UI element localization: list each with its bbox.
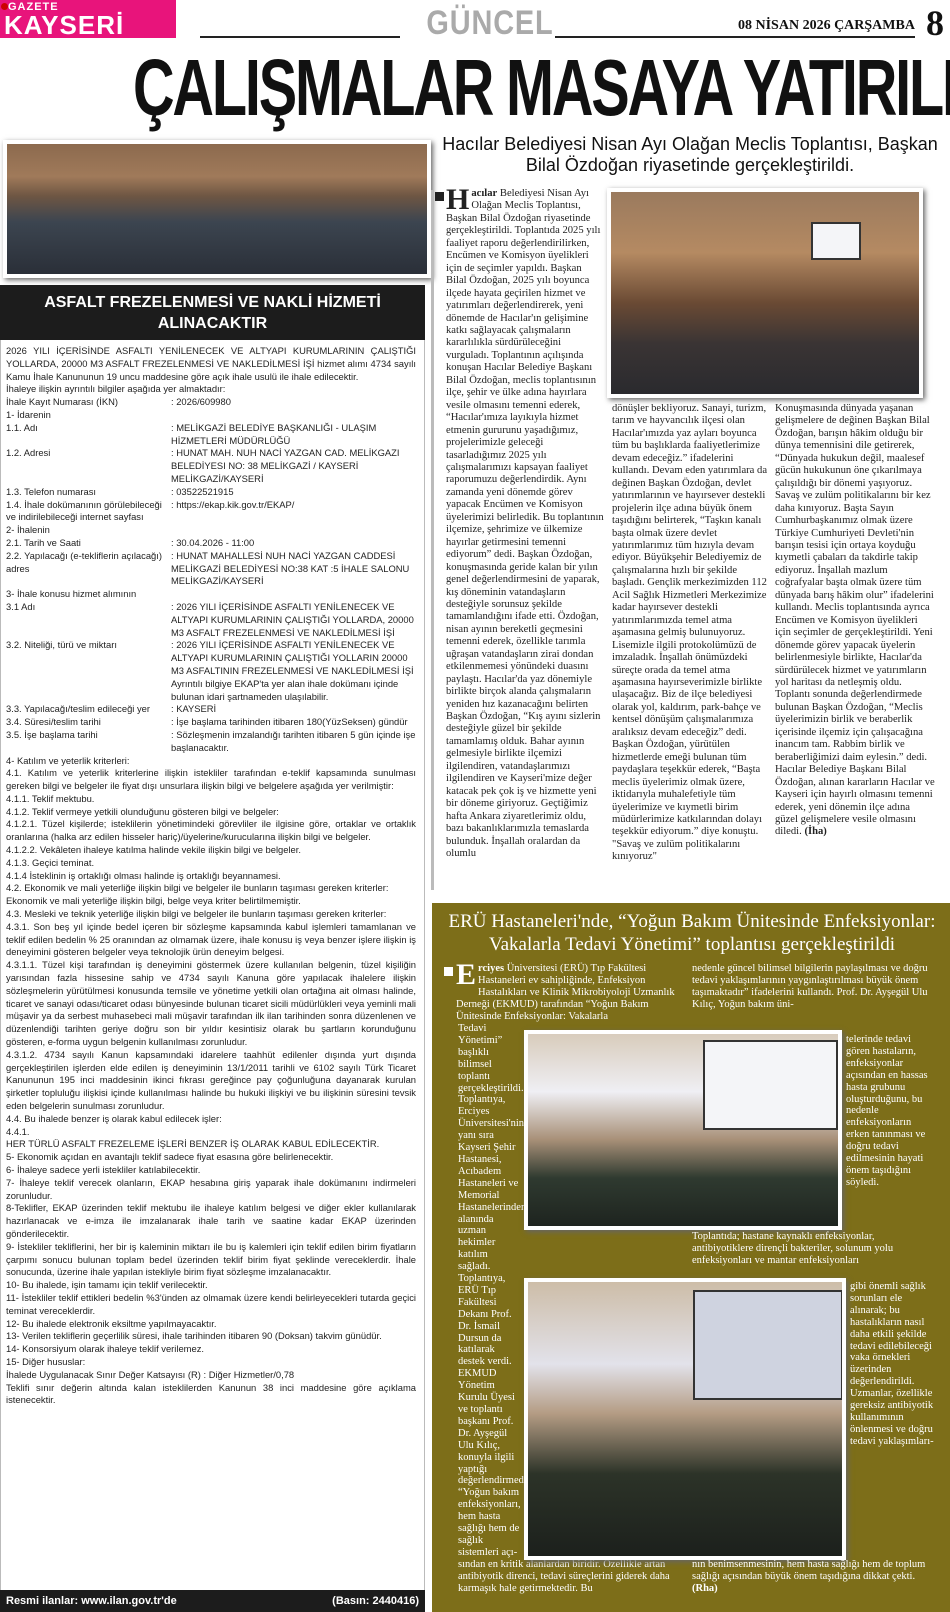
article-text-col2: dönüşler bekliyoruz. Sanayi, turizm, tar… xyxy=(612,403,767,862)
tender-paragraph: 4.3.1. Son beş yıl içinde bedel içeren b… xyxy=(6,921,416,959)
tender-paragraph: 4.1.1. Teklif mektubu. xyxy=(6,793,416,806)
tender-paragraph: 4.4. Bu ihalede benzer iş olarak kabul e… xyxy=(6,1113,416,1126)
logo-main-text: KAYSERİ xyxy=(4,12,124,38)
main-headline: ÇALIŞMALAR MASAYA YATIRILDI xyxy=(133,44,817,132)
tender-row-label: 2- İhalenin xyxy=(6,524,171,537)
eru-col2-top: nedenle güncel bilimsel bilgilerin payla… xyxy=(692,963,928,1011)
eru-col2-mid: Toplantıda; hastane kaynaklı enfeksiyonl… xyxy=(692,1231,928,1267)
masthead-rule-left xyxy=(200,36,400,38)
article-subheadline: Hacılar Belediyesi Nisan Ayı Olağan Mecl… xyxy=(432,134,948,176)
article-column-3: Konuşmasında dünyada yaşanan gelişmelere… xyxy=(775,403,935,839)
council-hall-photo xyxy=(607,188,923,398)
tender-paragraph: 4.1.2.1. Tüzel kişilerde; isteklilerin y… xyxy=(6,818,416,844)
tender-row: 1- İdarenin xyxy=(6,409,416,422)
tender-paragraph: 15- Diğer hususlar: xyxy=(6,1356,416,1369)
eru-col1-top: Erciyes Üniversitesi (ERÜ) Tıp Fakültesi… xyxy=(456,963,686,1023)
tender-row: 3.2. Niteliği, türü ve miktarı: 2026 YIL… xyxy=(6,639,416,703)
tender-paragraph: Ekonomik ve mali yeterliğe ilişkin bilgi… xyxy=(6,895,416,908)
tender-paragraph: 10- Bu ihalede, işin tamamı için teklif … xyxy=(6,1279,416,1292)
tender-ad-footer: Resmi ilanlar: www.ilan.gov.tr'de (Basın… xyxy=(0,1590,425,1612)
tender-row-label: 2.2. Yapılacağı (e-tekliflerin açılacağı… xyxy=(6,550,171,588)
article-text-col1: Belediyesi Nisan Ayı Olağan Meclis Topla… xyxy=(446,188,604,859)
tender-ad-title: ASFALT FREZELENMESİ VE NAKLİ HİZMETİ ALI… xyxy=(0,285,425,340)
tender-paragraph: 6- İhaleye sadece yerli istekliler katıl… xyxy=(6,1164,416,1177)
tender-row-label: 2.1. Tarih ve Saati xyxy=(6,537,171,550)
eru-col1-narrow: Tedavi Yönetimi” başlıklı bilimsel topla… xyxy=(458,1023,520,1559)
tender-paragraph: 4.1.4 İsteklinin iş ortaklığı olması hal… xyxy=(6,870,416,883)
tender-paragraph: 4.4.1. xyxy=(6,1126,416,1139)
tender-paragraph: 9- İstekliler tekliflerini, her bir iş k… xyxy=(6,1241,416,1279)
tender-paragraph: 11- İstekliler teklif ettikleri bedelin … xyxy=(6,1292,416,1318)
tender-row-value: : 03522521915 xyxy=(171,486,416,499)
tender-paragraph: 4.1.2. Teklif vermeye yetkili olunduğunu… xyxy=(6,806,416,819)
tender-paragraph: 7- İhaleye teklif verecek olanların, EKA… xyxy=(6,1177,416,1203)
column-divider xyxy=(431,190,434,890)
bullet-square-icon xyxy=(444,967,453,976)
tender-row: 1.4. İhale dokümanının görülebileceği ve… xyxy=(6,499,416,525)
tender-detail-rows: İhale Kayıt Numarası (İKN): 2026/6099801… xyxy=(6,396,416,754)
dropcap: H xyxy=(446,188,469,212)
article-text-col3: Konuşmasında dünyada yaşanan gelişmelere… xyxy=(775,403,935,837)
tender-row-label: 1.2. Adresi xyxy=(6,447,171,485)
newspaper-logo: GAZETE KAYSERİ xyxy=(0,0,176,38)
eru-dropcap: E xyxy=(456,963,476,987)
tender-row: 1.2. Adresi: HUNAT MAH. NUH NACİ YAZGAN … xyxy=(6,447,416,485)
tender-paragraph: 5- Ekonomik açıdan en avantajlı teklif s… xyxy=(6,1151,416,1164)
speaker-presentation-photo xyxy=(524,1278,846,1560)
council-meeting-photo xyxy=(3,140,431,278)
tender-paragraph: Teklifi sınır değerin altında kalan iste… xyxy=(6,1382,416,1408)
tender-paragraph: 4.3. Mesleki ve teknik yeterliğe ilişkin… xyxy=(6,908,416,921)
tender-paragraph: 12- Bu ihalede elektronik eksiltme yapıl… xyxy=(6,1318,416,1331)
tender-row: 2- İhalenin xyxy=(6,524,416,537)
tender-row-value: : KAYSERİ xyxy=(171,703,416,716)
tender-row: 1.3. Telefon numarası: 03522521915 xyxy=(6,486,416,499)
presentation-screen xyxy=(703,1040,838,1130)
tender-paragraph: 13- Verilen tekliflerin geçerlilik süres… xyxy=(6,1330,416,1343)
tender-row: 2.1. Tarih ve Saati: 30.04.2026 - 11:00 xyxy=(6,537,416,550)
article-column-1: Hacılar Belediyesi Nisan Ayı Olağan Mecl… xyxy=(446,188,604,860)
tender-row-label: 1.4. İhale dokümanının görülebileceği ve… xyxy=(6,499,171,525)
tender-paragraph: İhalede Uygulanacak Sınır Değer Katsayıs… xyxy=(6,1369,416,1382)
tender-row-value: : HUNAT MAHALLESİ NUH NACİ YAZGAN CADDES… xyxy=(171,550,416,588)
tender-row-label: 1.3. Telefon numarası xyxy=(6,486,171,499)
tender-paragraph: 4- Katılım ve yeterlik kriterleri: xyxy=(6,755,416,768)
bullet-square-icon xyxy=(435,192,444,201)
eru-col2-narrow1: telerinde tedavi gören hastaların, enfek… xyxy=(846,1034,936,1189)
tender-paragraph: 4.1.2.2. Vekâleten ihaleye katılma halin… xyxy=(6,844,416,857)
tender-paragraph: 8-Teklifler, EKAP üzerinden teklif mektu… xyxy=(6,1202,416,1240)
tender-row: 2.2. Yapılacağı (e-tekliflerin açılacağı… xyxy=(6,550,416,588)
section-title: GÜNCEL xyxy=(426,4,554,43)
tender-paragraphs: 4- Katılım ve yeterlik kriterleri:4.1. K… xyxy=(6,755,416,1408)
tender-paragraph: 4.1.3. Geçici teminat. xyxy=(6,857,416,870)
tender-paragraph: 4.1. Katılım ve yeterlik kriterlerine il… xyxy=(6,767,416,793)
tender-row-label: İhale Kayıt Numarası (İKN) xyxy=(6,396,171,409)
eru-col2-bottom: nın benimsenmesinin, hem hasta sağlığı h… xyxy=(692,1559,928,1595)
eru-lead-word: rciyes xyxy=(478,963,504,974)
tender-paragraph: 4.3.1.2. 4734 sayılı Kanun kapsamındaki … xyxy=(6,1049,416,1113)
tender-row: 3.3. Yapılacağı/teslim edileceği yer: KA… xyxy=(6,703,416,716)
article-column-2: dönüşler bekliyoruz. Sanayi, turizm, tar… xyxy=(612,403,770,864)
tender-row-value: : 2026/609980 xyxy=(171,396,416,409)
eru-source: (Rha) xyxy=(692,1583,718,1594)
tender-row-label: 3.1 Adı xyxy=(6,601,171,639)
page-number: 8 xyxy=(926,2,944,44)
tender-row: 3.4. Süresi/teslim tarihi: İşe başlama t… xyxy=(6,716,416,729)
tender-row-label: 3- İhale konusu hizmet alımının xyxy=(6,588,171,601)
tender-row-value: : 2026 YILI İÇERİSİNDE ASFALTI YENİLENEC… xyxy=(171,639,416,703)
tender-row-value: : https://ekap.kik.gov.tr/EKAP/ xyxy=(171,499,416,525)
official-ads-link[interactable]: Resmi ilanlar: www.ilan.gov.tr'de xyxy=(6,1590,177,1612)
projection-screen xyxy=(811,222,861,260)
seminar-audience-photo xyxy=(524,1030,842,1230)
press-code: (Basın: 2440416) xyxy=(332,1590,419,1612)
tender-row-value: : İşe başlama tarihinden itibaren 180(Yü… xyxy=(171,716,416,729)
tender-ad-body: 2026 YILI İÇERİSİNDE ASFALTI YENİLENECEK… xyxy=(6,345,416,1407)
tender-row-label: 3.4. Süresi/teslim tarihi xyxy=(6,716,171,729)
tender-row: 3.1 Adı: 2026 YILI İÇERİSİNDE ASFALTI YE… xyxy=(6,601,416,639)
lead-word: acılar xyxy=(471,188,497,199)
eru-headline: ERÜ Hastaneleri'nde, “Yoğun Bakım Ünites… xyxy=(440,910,944,956)
tender-intro: 2026 YILI İÇERİSİNDE ASFALTI YENİLENECEK… xyxy=(6,345,416,383)
tender-row-label: 3.5. İşe başlama tarihi xyxy=(6,729,171,755)
tender-row-value xyxy=(171,588,416,601)
tender-details-intro: İhaleye ilişkin ayrıntılı bilgiler aşağı… xyxy=(6,383,416,396)
eru-col2-narrow2: gibi önemli sağlık sorunları ele alınara… xyxy=(850,1281,938,1448)
tender-row-label: 3.3. Yapılacağı/teslim edileceği yer xyxy=(6,703,171,716)
eru-col1-bottom: sından en kritik alanlardan biridir. Öze… xyxy=(458,1559,690,1595)
tender-paragraph: 4.3.1.1. Tüzel kişi tarafından iş deneyi… xyxy=(6,959,416,1049)
flag-icon xyxy=(1,3,8,10)
tender-row-value xyxy=(171,524,416,537)
tender-row-label: 3.2. Niteliği, türü ve miktarı xyxy=(6,639,171,703)
tender-paragraph: 14- Konsorsiyum olarak ihaleye teklif ve… xyxy=(6,1343,416,1356)
issue-date: 08 NİSAN 2026 ÇARŞAMBA xyxy=(738,18,915,34)
tender-row-value: : Sözleşmenin imzalandığı tarihten itiba… xyxy=(171,729,416,755)
tender-paragraph: HER TÜRLÜ ASFALT FREZELEME İŞLERİ BENZER… xyxy=(6,1138,416,1151)
presentation-screen xyxy=(693,1290,843,1400)
tender-row-value: : MELİKGAZİ BELEDİYE BAŞKANLIĞI - ULAŞIM… xyxy=(171,422,416,448)
eru-text: nın benimsenmesinin, hem hasta sağlığı h… xyxy=(692,1559,925,1582)
masthead-rule-right xyxy=(555,36,915,38)
tender-row-label: 1- İdarenin xyxy=(6,409,171,422)
tender-row-value xyxy=(171,409,416,422)
tender-row-value: : 2026 YILI İÇERİSİNDE ASFALTI YENİLENEC… xyxy=(171,601,416,639)
tender-row: 3- İhale konusu hizmet alımının xyxy=(6,588,416,601)
tender-paragraph: 4.2. Ekonomik ve mali yeterliğe ilişkin … xyxy=(6,882,416,895)
tender-row: 1.1. Adı: MELİKGAZİ BELEDİYE BAŞKANLIĞI … xyxy=(6,422,416,448)
tender-row-value: : HUNAT MAH. NUH NACİ YAZGAN CAD. MELİKG… xyxy=(171,447,416,485)
article-source: (İha) xyxy=(804,826,826,837)
tender-row: İhale Kayıt Numarası (İKN): 2026/609980 xyxy=(6,396,416,409)
tender-row-label: 1.1. Adı xyxy=(6,422,171,448)
tender-row: 3.5. İşe başlama tarihi: Sözleşmenin imz… xyxy=(6,729,416,755)
tender-row-value: : 30.04.2026 - 11:00 xyxy=(171,537,416,550)
